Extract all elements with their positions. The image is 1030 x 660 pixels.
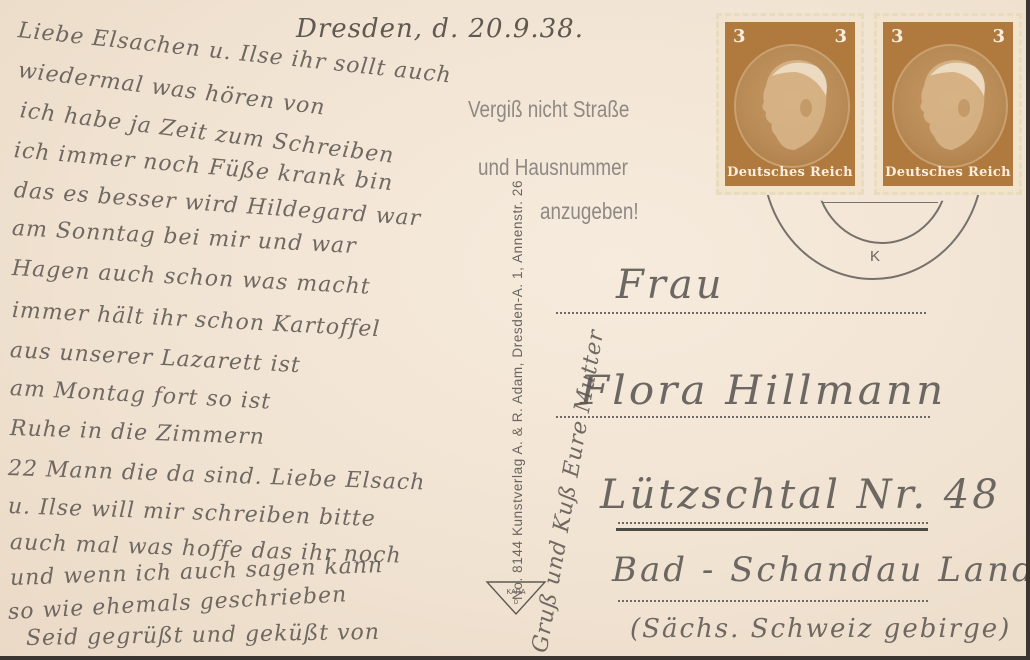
- portrait-medallion: [892, 44, 1008, 168]
- message-line: am Montag fort so ist: [9, 376, 271, 415]
- address-line: [618, 522, 928, 524]
- portrait-medallion: [734, 44, 850, 168]
- slogan-line-3: anzugeben!: [540, 198, 639, 225]
- message-line: Seid gegrüßt und geküßt von: [26, 620, 380, 651]
- address-street: Lützschtal Nr. 48: [600, 472, 1001, 518]
- stamp-country: Deutsches Reich: [883, 165, 1013, 180]
- address-name: Flora Hillmann: [580, 368, 946, 414]
- place-date: Dresden, d. 20.9.38.: [296, 14, 584, 44]
- postage-stamp: 3 3 Deutsches Reich: [716, 13, 864, 195]
- address-line: [556, 312, 926, 314]
- portrait-icon: [894, 46, 1006, 166]
- message-line: immer hält ihr schon Kartoffel: [11, 298, 381, 342]
- address-underline: [616, 528, 928, 531]
- stamp-country: Deutsches Reich: [725, 165, 855, 180]
- message-line: Hagen auch schon was macht: [11, 256, 371, 300]
- publisher-logo-icon: KARA D: [485, 580, 547, 616]
- message-line: u. Ilse will mir schreiben bitte: [8, 494, 377, 532]
- message-line: aus unserer Lazarett ist: [9, 338, 301, 378]
- message-line: Ruhe in die Zimmern: [10, 416, 266, 450]
- address-line: [618, 600, 928, 602]
- address-region: (Sächs. Schweiz gebirge): [630, 614, 1011, 644]
- address-city: Bad - Schandau Land: [612, 550, 1030, 590]
- svg-text:D: D: [514, 600, 519, 606]
- publisher-imprint: No. 8144 Kunstverlag A. & R. Adam, Dresd…: [510, 180, 525, 600]
- postmark-letter: K: [870, 248, 880, 265]
- address-salutation: Frau: [616, 262, 724, 308]
- message-line: 22 Mann die da sind. Liebe Elsach: [8, 456, 426, 496]
- address-line: [556, 416, 930, 418]
- slogan-line-2: und Hausnummer: [478, 154, 628, 181]
- postage-stamp: 3 3 Deutsches Reich: [874, 13, 1022, 195]
- postcard-back: Liebe Elsachen u. Ilse ihr sollt auch wi…: [0, 0, 1030, 660]
- portrait-icon: [736, 46, 848, 166]
- slogan-line-1: Vergiß nicht Straße: [468, 96, 629, 123]
- svg-text:KARA: KARA: [506, 589, 525, 596]
